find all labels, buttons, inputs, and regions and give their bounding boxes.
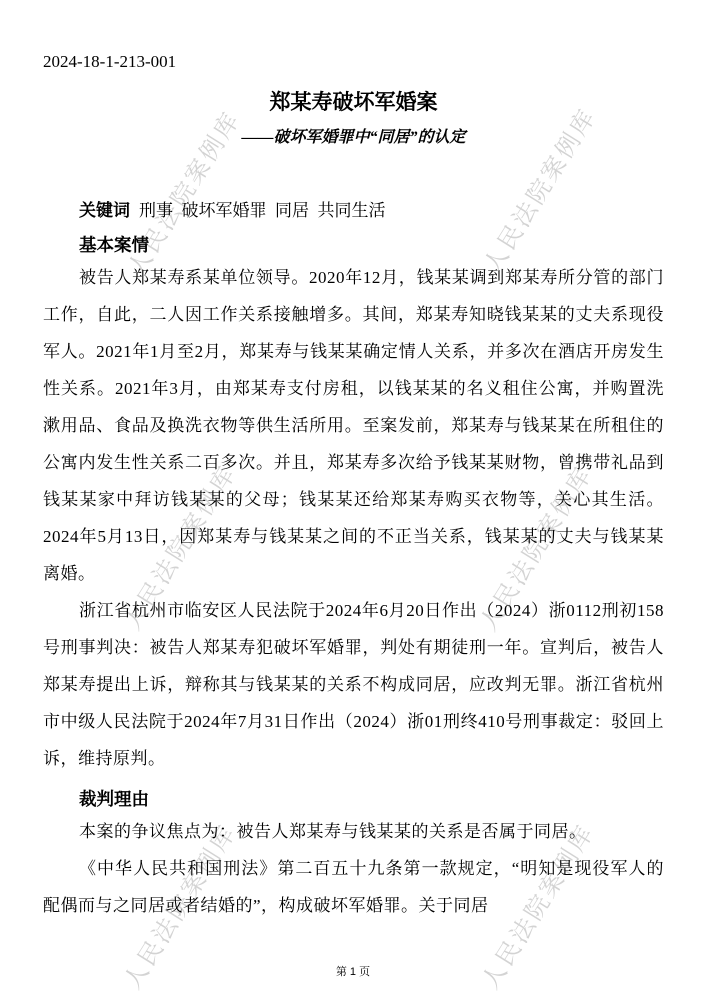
case-number: 2024-18-1-213-001: [43, 50, 664, 74]
document-subtitle: ——破坏军婚罪中“同居”的认定: [43, 127, 664, 149]
keywords-line: 关键词刑事 破坏军婚罪 同居 共同生活: [43, 199, 664, 223]
paragraph: 浙江省杭州市临安区人民法院于2024年6月20日作出（2024）浙0112刑初1…: [43, 592, 664, 777]
page-number: 第 1 页: [0, 965, 706, 979]
section-heading-basic-facts: 基本案情: [43, 232, 664, 259]
section-heading-judgment-reasons: 裁判理由: [43, 786, 664, 813]
document-content: 2024-18-1-213-001 郑某寿破坏军婚案 ——破坏军婚罪中“同居”的…: [0, 0, 706, 924]
document-title: 郑某寿破坏军婚案: [43, 88, 664, 116]
keywords-value: 刑事 破坏军婚罪 同居 共同生活: [139, 201, 386, 220]
paragraph: 被告人郑某寿系某单位领导。2020年12月，钱某某调到郑某寿所分管的部门工作，自…: [43, 259, 664, 592]
paragraph: 《中华人民共和国刑法》第二百五十九条第一款规定，“明知是现役军人的配偶而与之同居…: [43, 850, 664, 924]
keywords-label: 关键词: [79, 201, 130, 220]
paragraph: 本案的争议焦点为：被告人郑某寿与钱某某的关系是否属于同居。: [43, 813, 664, 850]
document-page: 人民法院案例库 人民法院案例库 人民法院案例库 人民法院案例库 人民法院案例库 …: [0, 0, 706, 999]
